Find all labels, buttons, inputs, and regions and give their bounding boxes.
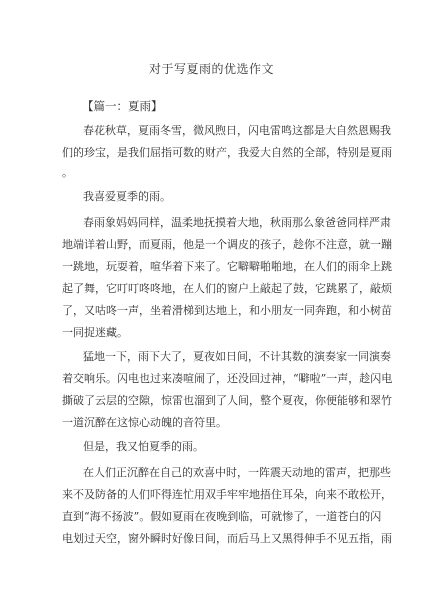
text-line: 一道沉醉在这惊心动魄的音符里。 — [62, 416, 344, 430]
text-line: 电划过天空，窗外瞬时好像日间，而后马上又黑得伸手不见五指，雨 — [62, 532, 344, 546]
text-line: 春雨象妈妈同样，温柔地抚摸着大地，秋雨那么象爸爸同样严肃 — [83, 216, 344, 230]
text-line: 在人们正沉醉在自己的欢喜中时，一阵震天动地的雷声，把那些 — [83, 466, 344, 480]
text-line: 但是，我又怕夏季的雨。 — [83, 440, 344, 454]
text-line: 我喜爱夏季的雨。 — [83, 190, 344, 204]
text-line: 。 — [62, 166, 344, 180]
document-page: 对于写夏雨的优选作文 【篇一：夏雨】 春花秋草，夏雨冬雪，微风煦日，闪电雷鸣这都… — [0, 0, 423, 600]
text-line: 一跳地，玩耍着，喧华着下来了。它噼噼啪啪地，在人们的雨伞上跳 — [62, 260, 344, 274]
document-title: 对于写夏雨的优选作文 — [0, 60, 423, 77]
text-line: 猛地一下，雨下大了，夏夜如日间，不计其数的演奏家一同演奏 — [83, 350, 344, 364]
text-line: 来不及防备的人们吓得连忙用双手牢牢地捂住耳朵，向来不敢松开， — [62, 488, 344, 502]
text-line: 们的珍宝，是我们屈指可数的财产，我爱大自然的全部，特别是夏雨 — [62, 146, 344, 160]
text-line: 起了舞，它叮叮咚咚地，在人们的窗户上敲起了鼓，它跳累了，敲烦 — [62, 282, 344, 296]
text-line: 撕破了云层的空隙，惊雷也溜到了人间，整个夏夜，你便能够和翠竹 — [62, 394, 344, 408]
text-line: 地端详着山野，而夏雨，他是一个调皮的孩子，趁你不注意，就一蹦 — [62, 238, 344, 252]
text-line: 一同捉迷藏。 — [62, 326, 344, 340]
text-line: 直到“海不扬波”。假如夏雨在夜晚到临，可就惨了，一道苍白的闪 — [62, 510, 344, 524]
text-line: 了，又咕咚一声，坐着滑梯到达地上，和小朋友一同奔跑，和小树苗 — [62, 304, 344, 318]
section-heading: 【篇一：夏雨】 — [82, 98, 163, 114]
text-line: 着交响乐。闪电也过来凑喧闹了，还没回过神，“噼啦”一声，趁闪电 — [62, 372, 344, 386]
text-line: 春花秋草，夏雨冬雪，微风煦日，闪电雷鸣这都是大自然恩赐我 — [83, 124, 344, 138]
